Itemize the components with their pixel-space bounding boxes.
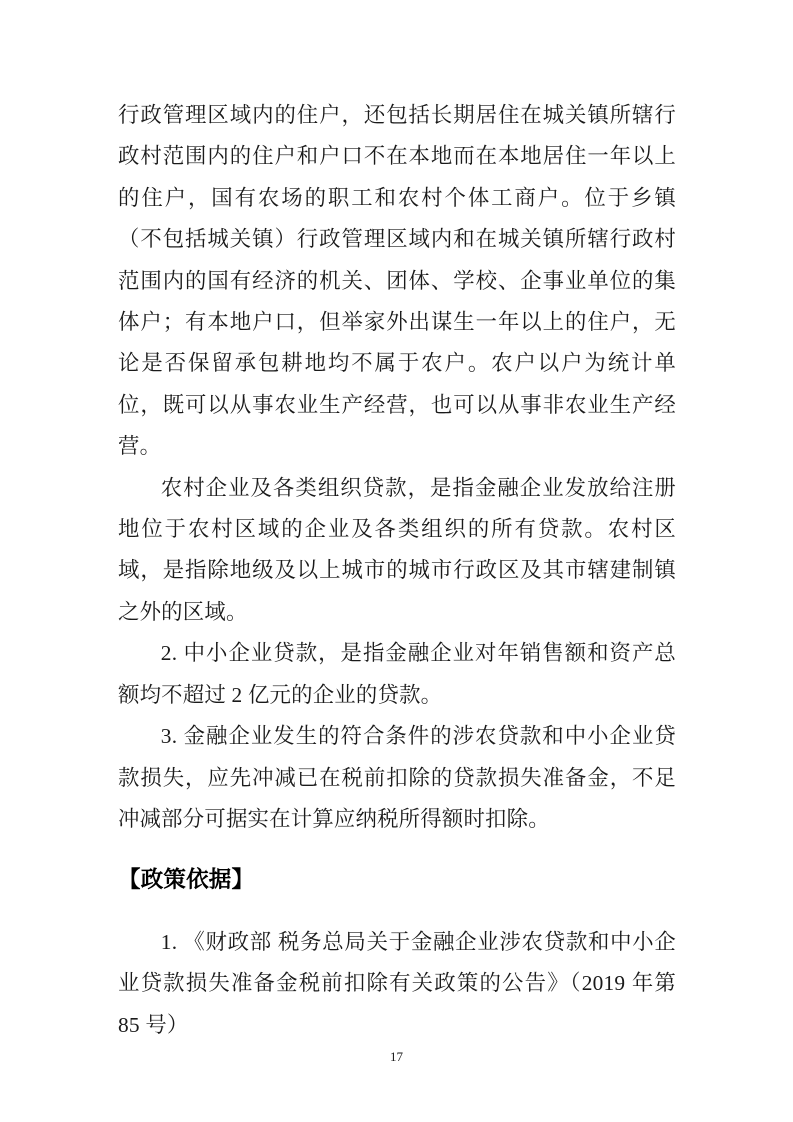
section-heading-policy-basis: 【政策依据】 <box>118 859 676 900</box>
page-footer: 17 <box>0 1048 793 1066</box>
paragraph-sme-loans: 2. 中小企业贷款，是指金融企业对年销售额和资产总额均不超过 2 亿元的企业的贷… <box>118 633 676 716</box>
paragraph-policy-reference-1: 1. 《财政部 税务总局关于金融企业涉农贷款和中小企业贷款损失准备金税前扣除有关… <box>118 922 676 1046</box>
document-body: 行政管理区域内的住户，还包括长期居住在城关镇所辖行政村范围内的住户和户口不在本地… <box>118 95 676 1046</box>
paragraph-rural-enterprise-loans: 农村企业及各类组织贷款，是指金融企业发放给注册地位于农村区域的企业及各类组织的所… <box>118 468 676 634</box>
page-number: 17 <box>390 1049 403 1064</box>
paragraph-loan-loss-deduction: 3. 金融企业发生的符合条件的涉农贷款和中小企业贷款损失，应先冲减已在税前扣除的… <box>118 716 676 840</box>
document-page: 行政管理区域内的住户，还包括长期居住在城关镇所辖行政村范围内的住户和户口不在本地… <box>0 0 793 1122</box>
paragraph-continued-rural-households: 行政管理区域内的住户，还包括长期居住在城关镇所辖行政村范围内的住户和户口不在本地… <box>118 95 676 468</box>
